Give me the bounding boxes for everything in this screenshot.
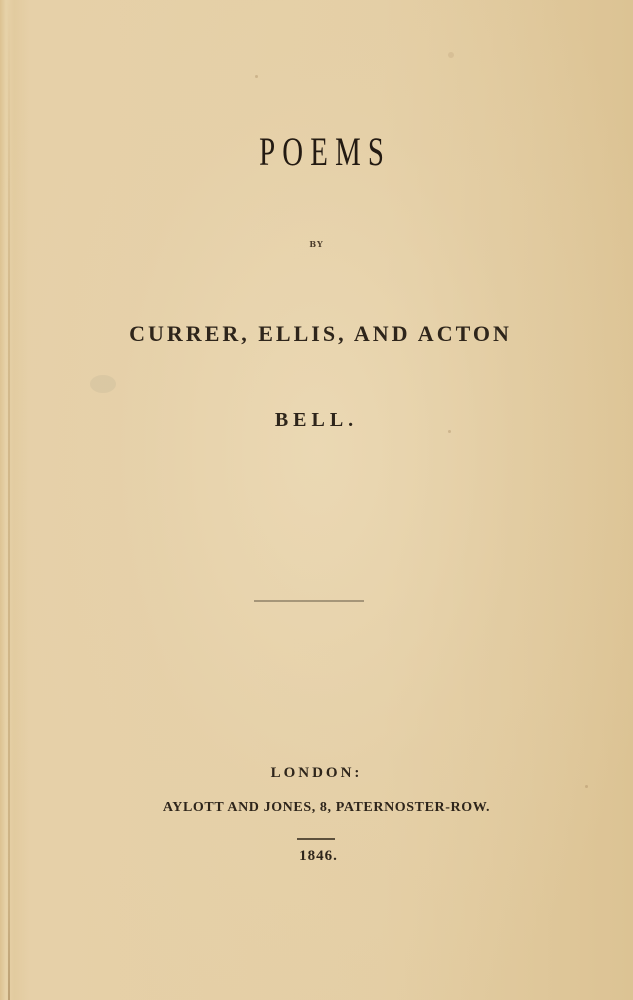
imprint-publisher: AYLOTT AND JONES, 8, PATERNOSTER-ROW. — [0, 800, 633, 816]
imprint-city: LONDON: — [0, 765, 633, 782]
title-page: POEMS BY CURRER, ELLIS, AND ACTON BELL. … — [0, 0, 633, 1000]
author-names: CURRER, ELLIS, AND ACTON — [0, 321, 633, 347]
author-surname: BELL. — [0, 409, 633, 432]
divider-rule — [254, 600, 364, 602]
foxing-spot — [585, 785, 588, 788]
foxing-spot — [255, 75, 258, 78]
imprint-year: 1846. — [0, 848, 633, 865]
stain-mark — [90, 375, 116, 393]
byline: BY — [0, 239, 633, 249]
book-title: POEMS — [90, 128, 553, 175]
foxing-spot — [448, 52, 454, 58]
year-rule — [297, 838, 335, 840]
